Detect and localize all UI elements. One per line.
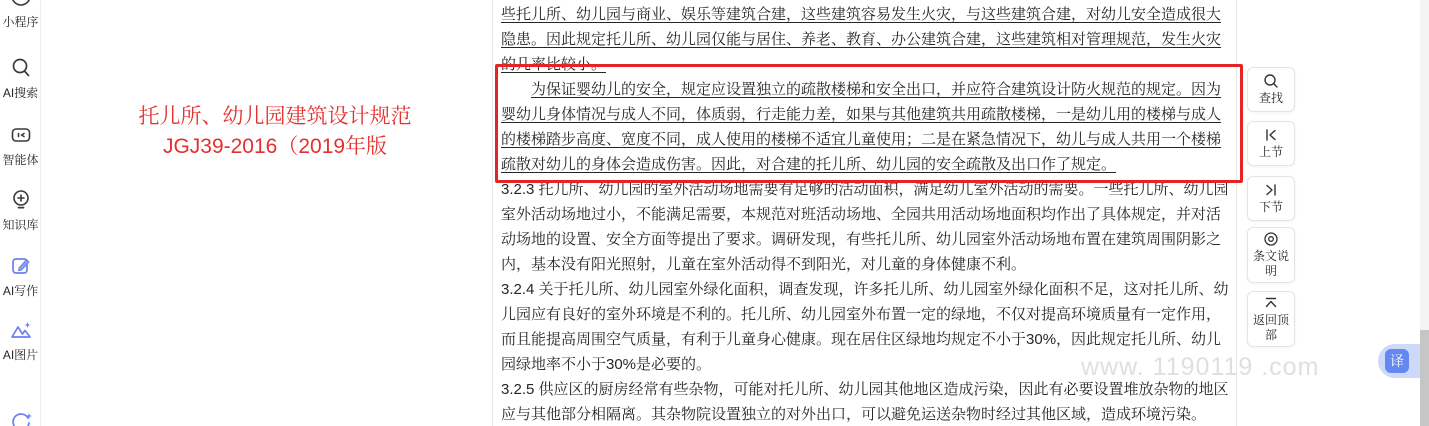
scrollbar-thumb[interactable] bbox=[1420, 330, 1429, 426]
next-section-label: 下节 bbox=[1259, 200, 1283, 215]
find-button[interactable]: 查找 bbox=[1247, 67, 1295, 112]
back-to-top-label: 返回顶部 bbox=[1248, 313, 1294, 343]
provision-notes-label: 条文说明 bbox=[1248, 249, 1294, 279]
paragraph-3-2-4: 3.2.4 关于托儿所、幼儿园室外绿化面积，调查发现，许多托儿所、幼儿园室外绿化… bbox=[501, 277, 1231, 377]
knowledge-base-icon bbox=[10, 189, 32, 211]
app-sidebar: 小程序 AI搜索 智能体 知识库 AI写作 bbox=[0, 0, 41, 426]
sidebar-item-miniprogram[interactable]: 小程序 bbox=[0, 0, 41, 30]
paragraph-3-2-3: 3.2.3 托儿所、幼儿园的室外活动场地需要有足够的活动面积，满足幼儿室外活动的… bbox=[501, 177, 1231, 277]
agent-icon bbox=[10, 124, 32, 146]
search-icon bbox=[1263, 73, 1279, 89]
previous-section-label: 上节 bbox=[1259, 145, 1283, 160]
document-title: 托儿所、幼儿园建筑设计规范 JGJ39-2016（2019年版 bbox=[58, 102, 492, 162]
document-body: 些托儿所、幼儿园与商业、娱乐等建筑合建，这些建筑容易发生火灾，与这些建筑合建，对… bbox=[493, 0, 1236, 426]
sidebar-item-ai-writing[interactable]: AI写作 bbox=[0, 255, 41, 299]
sidebar-item-label: AI搜索 bbox=[3, 84, 38, 101]
previous-section-button[interactable]: 上节 bbox=[1247, 121, 1295, 166]
miniprogram-icon bbox=[10, 0, 32, 8]
paragraph-intro: 些托儿所、幼儿园与商业、娱乐等建筑合建，这些建筑容易发生火灾，与这些建筑合建，对… bbox=[501, 2, 1231, 77]
translate-button[interactable]: 译 bbox=[1385, 349, 1409, 373]
next-section-button[interactable]: 下节 bbox=[1247, 176, 1295, 221]
sidebar-item-agent[interactable]: 智能体 bbox=[0, 124, 41, 168]
document-title-line1: 托儿所、幼儿园建筑设计规范 bbox=[58, 102, 492, 132]
search-icon bbox=[10, 57, 32, 79]
sidebar-item-ai-image[interactable]: AI图片 bbox=[0, 319, 41, 363]
sidebar-item-label: 智能体 bbox=[2, 151, 38, 168]
back-to-top-button[interactable]: 返回顶部 bbox=[1247, 291, 1295, 347]
document-panel: www. 1190119 .com 些托儿所、幼儿园与商业、娱乐等建筑合建，这些… bbox=[492, 0, 1237, 426]
provision-notes-button[interactable]: 条文说明 bbox=[1247, 227, 1295, 283]
back-to-top-icon bbox=[1263, 295, 1279, 311]
previous-section-icon bbox=[1263, 127, 1279, 143]
ai-image-icon bbox=[9, 319, 33, 341]
paragraph-highlighted: 为保证婴幼儿的安全，规定应设置独立的疏散楼梯和安全出口，并应符合建筑设计防火规范… bbox=[501, 77, 1231, 177]
sidebar-item-label: AI图片 bbox=[3, 346, 38, 363]
provision-notes-icon bbox=[1263, 231, 1279, 247]
ai-video-icon bbox=[9, 411, 33, 426]
sidebar-item-more[interactable] bbox=[0, 411, 41, 426]
find-button-label: 查找 bbox=[1259, 91, 1283, 106]
sidebar-item-label: 知识库 bbox=[2, 216, 38, 233]
sidebar-item-label: AI写作 bbox=[3, 282, 38, 299]
sidebar-item-label: 小程序 bbox=[2, 13, 38, 30]
ai-writing-icon bbox=[10, 255, 32, 277]
document-title-line2: JGJ39-2016（2019年版 bbox=[58, 132, 492, 162]
paragraph-3-2-5: 3.2.5 供应区的厨房经常有些杂物，可能对托儿所、幼儿园其他地区造成污染，因此… bbox=[501, 377, 1231, 426]
sidebar-item-ai-search[interactable]: AI搜索 bbox=[0, 57, 41, 101]
sidebar-item-knowledge-base[interactable]: 知识库 bbox=[0, 189, 41, 233]
next-section-icon bbox=[1263, 182, 1279, 198]
translate-pill[interactable]: 译 bbox=[1378, 344, 1420, 378]
